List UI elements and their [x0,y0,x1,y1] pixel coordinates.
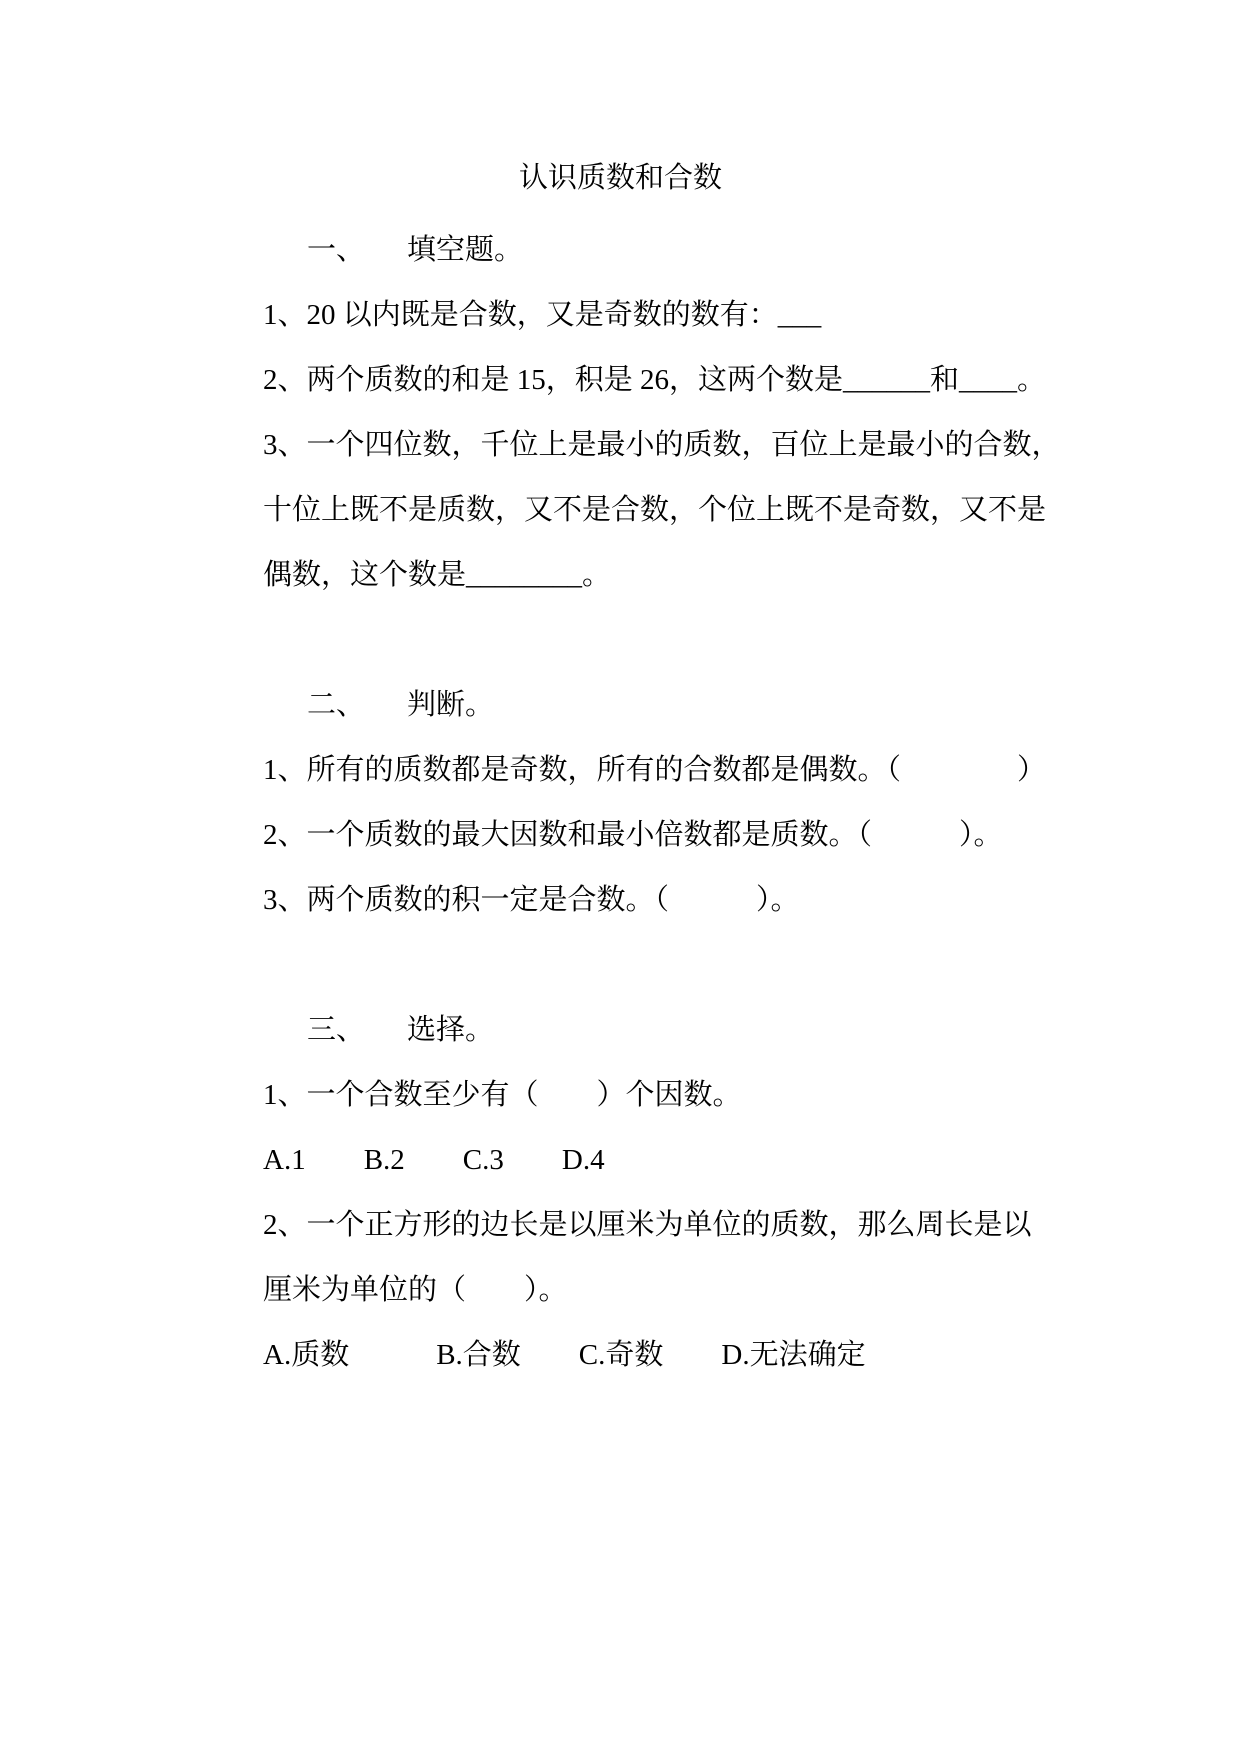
fill-blank-question-2: 2、两个质数的和是 15，积是 26，这两个数是______和____。 [263,348,978,413]
blank-line [263,608,978,673]
choice-question-2-line-2: 厘米为单位的（ ）。 [263,1258,978,1323]
section-1-heading: 一、填空题。 [263,218,978,283]
judge-question-2: 2、一个质数的最大因数和最小倍数都是质数。（ ）。 [263,803,978,868]
choice-question-2-line-1: 2、一个正方形的边长是以厘米为单位的质数，那么周长是以 [263,1193,978,1258]
worksheet-page: 认识质数和合数 一、填空题。 1、20 以内既是合数，又是奇数的数有：___ 2… [0,0,1241,1754]
section-1-number: 一、 [307,234,365,266]
section-2-heading: 二、判断。 [263,673,978,738]
fill-blank-question-3-line-1: 3、一个四位数，千位上是最小的质数，百位上是最小的合数， [263,413,978,478]
section-2-label: 判断。 [407,689,494,721]
section-1-label: 填空题。 [407,234,523,266]
section-2-number: 二、 [307,689,365,721]
section-3-number: 三、 [307,1014,365,1046]
choice-question-1-options: A.1 B.2 C.3 D.4 [263,1128,978,1193]
section-3-label: 选择。 [407,1014,494,1046]
fill-blank-question-3-line-3: 偶数，这个数是________。 [263,543,978,608]
judge-question-1: 1、所有的质数都是奇数，所有的合数都是偶数。（ ） [263,738,978,803]
judge-question-3: 3、两个质数的积一定是合数。（ ）。 [263,868,978,933]
fill-blank-question-3-line-2: 十位上既不是质数，又不是合数，个位上既不是奇数，又不是 [263,478,978,543]
worksheet-content: 认识质数和合数 一、填空题。 1、20 以内既是合数，又是奇数的数有：___ 2… [263,146,978,1388]
choice-question-2-options: A.质数 B.合数 C.奇数 D.无法确定 [263,1323,978,1388]
section-3-heading: 三、选择。 [263,998,978,1063]
choice-question-1: 1、一个合数至少有（ ）个因数。 [263,1063,978,1128]
page-title: 认识质数和合数 [263,146,978,211]
fill-blank-question-1: 1、20 以内既是合数，又是奇数的数有：___ [263,283,978,348]
blank-line [263,933,978,998]
